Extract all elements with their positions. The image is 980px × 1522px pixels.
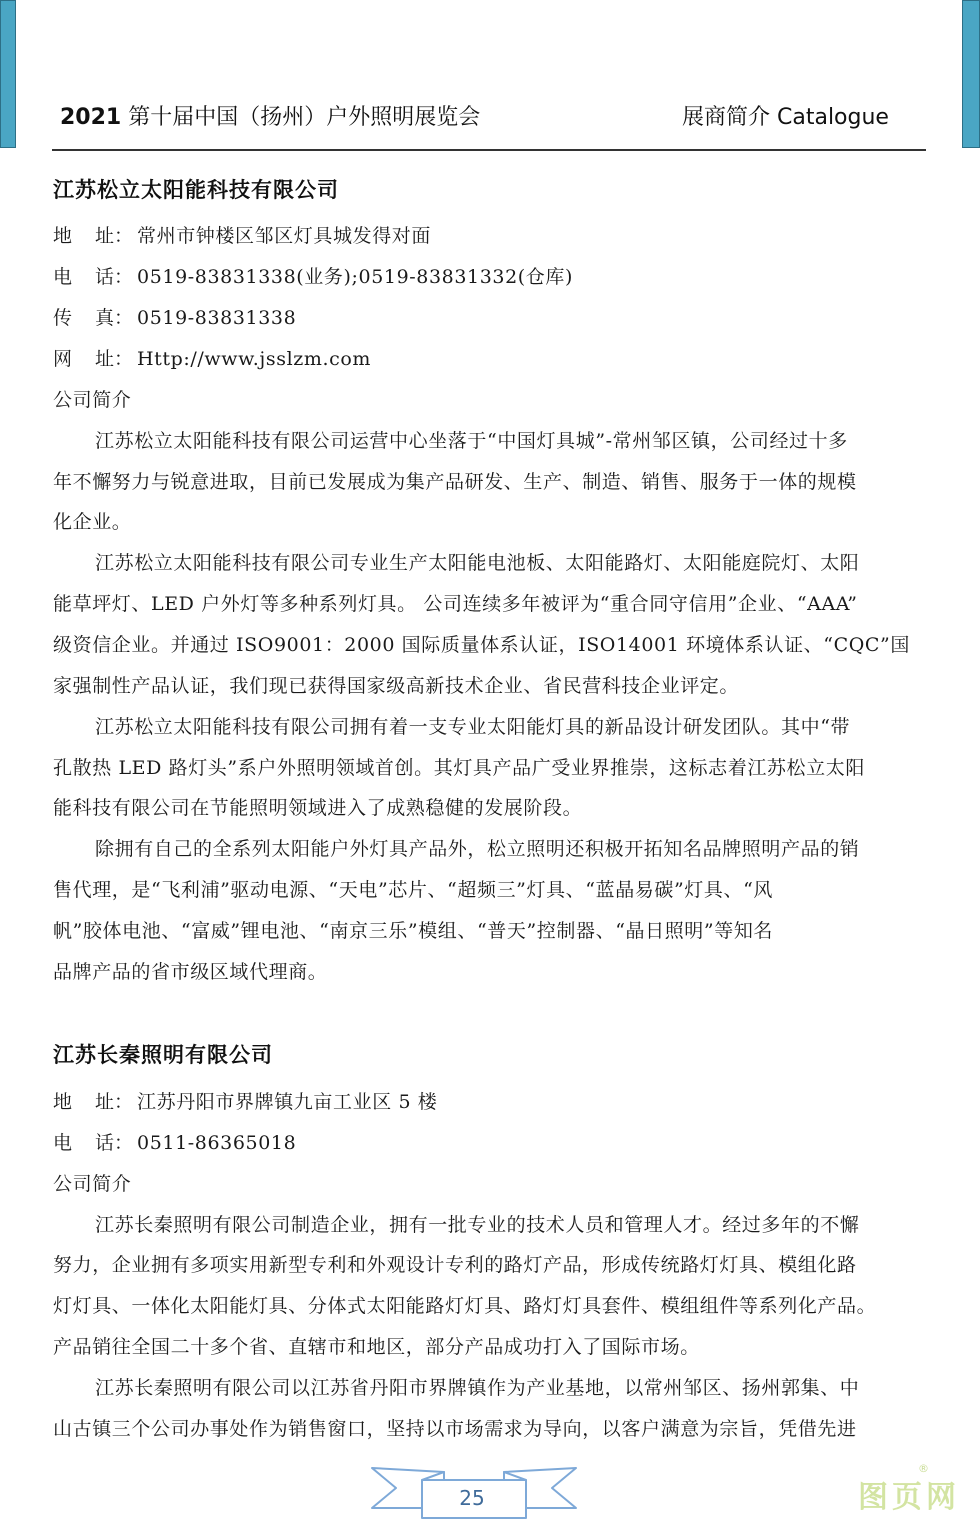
body-line: 江苏松立太阳能科技有限公司专业生产太阳能电池板、太阳能路灯、太阳能庭院灯、太阳: [95, 551, 926, 575]
header-divider: [52, 149, 926, 151]
body-line: 江苏松立太阳能科技有限公司拥有着一支专业太阳能灯具的新品设计研发团队。其中“带: [95, 715, 926, 739]
body-line: 能科技有限公司在节能照明领域进入了成熟稳健的发展阶段。: [53, 796, 926, 820]
running-header-section: 展商简介 Catalogue: [682, 100, 889, 131]
body-line: 灯灯具、一体化太阳能灯具、分体式太阳能路灯灯具、路灯灯具套件、模组组件等系列化产…: [53, 1294, 926, 1318]
body-line: 品牌产品的省市级区域代理商。: [53, 960, 926, 984]
field-value: 0519-83831338(业务);0519-83831332(仓库): [137, 266, 573, 288]
body-line: 除拥有自己的全系列太阳能户外灯具产品外，松立照明还积极开拓知名品牌照明产品的销: [95, 837, 926, 861]
company-name: 江苏松立太阳能科技有限公司: [53, 177, 339, 203]
body-line: 能草坪灯、LED 户外灯等多种系列灯具。 公司连续多年被评为“重合同守信用”企业…: [53, 592, 926, 616]
body-line: 售代理，是“飞利浦”驱动电源、“天电”芯片、“超频三”灯具、“蓝晶易碳”灯具、“…: [53, 878, 926, 902]
right-edge-tab: [962, 0, 980, 148]
body-line: 江苏松立太阳能科技有限公司运营中心坐落于“中国灯具城”-常州邹区镇，公司经过十多: [95, 429, 926, 453]
watermark-logo: 图页网: [858, 1472, 960, 1516]
company-field-address: 地址：江苏丹阳市界牌镇九亩工业区 5 楼: [53, 1090, 926, 1114]
field-value: 0519-83831338: [137, 307, 296, 329]
registered-mark-icon: ®: [918, 1462, 929, 1475]
header-year: 2021: [60, 105, 121, 130]
body-line: 江苏长秦照明有限公司制造企业，拥有一批专业的技术人员和管理人才。经过多年的不懈: [95, 1213, 926, 1237]
company-field-address: 地址：常州市钟楼区邹区灯具城发得对面: [53, 224, 926, 248]
company-name: 江苏长秦照明有限公司: [53, 1042, 273, 1068]
field-label: 地址：: [53, 224, 137, 248]
body-line: 级资信企业。并通过 ISO9001：2000 国际质量体系认证，ISO14001…: [53, 633, 926, 657]
header-event-title: 第十届中国（扬州）户外照明展览会: [128, 105, 480, 130]
company-field-fax: 传真：0519-83831338: [53, 306, 926, 330]
field-value website-link[interactable]: Http://www.jsslzm.com: [137, 348, 371, 370]
body-line: 帆”胶体电池、“富威”锂电池、“南京三乐”模组、“普天”控制器、“晶日照明”等知…: [53, 919, 926, 943]
field-label: 地址：: [53, 1090, 137, 1114]
field-value: 常州市钟楼区邹区灯具城发得对面: [137, 225, 431, 247]
body-line: 江苏长秦照明有限公司以江苏省丹阳市界牌镇作为产业基地，以常州邹区、扬州郭集、中: [95, 1376, 926, 1400]
body-line: 家强制性产品认证，我们现已获得国家级高新技术企业、省民营科技企业评定。: [53, 674, 926, 698]
left-edge-tab: [0, 0, 16, 148]
body-line: 努力，企业拥有多项实用新型专利和外观设计专利的路灯产品，形成传统路灯灯具、模组化…: [53, 1253, 926, 1277]
field-label: 电话：: [53, 265, 137, 289]
body-line: 产品销往全国二十多个省、直辖市和地区，部分产品成功打入了国际市场。: [53, 1335, 926, 1359]
field-label: 网址：: [53, 347, 137, 371]
field-label: 电话：: [53, 1131, 137, 1155]
body-line: 孔散热 LED 路灯头”系户外照明领域首创。其灯具产品广受业界推崇，这标志着江苏…: [53, 756, 926, 780]
body-line: 年不懈努力与锐意进取，目前已发展成为集产品研发、生产、制造、销售、服务于一体的规…: [53, 470, 926, 494]
company-field-phone: 电话：0511-86365018: [53, 1131, 926, 1155]
company-field-website: 网址：Http://www.jsslzm.com: [53, 347, 926, 371]
company-field-phone: 电话：0519-83831338(业务);0519-83831332(仓库): [53, 265, 926, 289]
intro-heading: 公司简介: [53, 1172, 926, 1196]
page-number: 25: [422, 1486, 522, 1510]
field-value: 江苏丹阳市界牌镇九亩工业区 5 楼: [137, 1091, 437, 1113]
body-line: 山古镇三个公司办事处作为销售窗口，坚持以市场需求为导向，以客户满意为宗旨，凭借先…: [53, 1417, 926, 1441]
body-line: 化企业。: [53, 510, 926, 534]
intro-heading: 公司简介: [53, 388, 926, 412]
field-value: 0511-86365018: [137, 1132, 296, 1154]
field-label: 传真：: [53, 306, 137, 330]
running-header-title: 2021 第十届中国（扬州）户外照明展览会: [60, 100, 480, 131]
